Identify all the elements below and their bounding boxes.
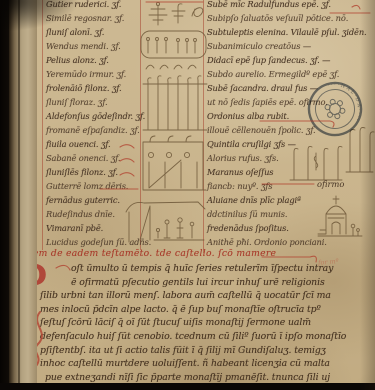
manuscript-page: Gutier ruderici. ʒf. Similē regosnar. ʒf… <box>0 0 375 390</box>
binding-edge <box>9 0 37 390</box>
red-accent-strokes <box>0 0 375 390</box>
bottom-edge-black <box>0 383 375 390</box>
